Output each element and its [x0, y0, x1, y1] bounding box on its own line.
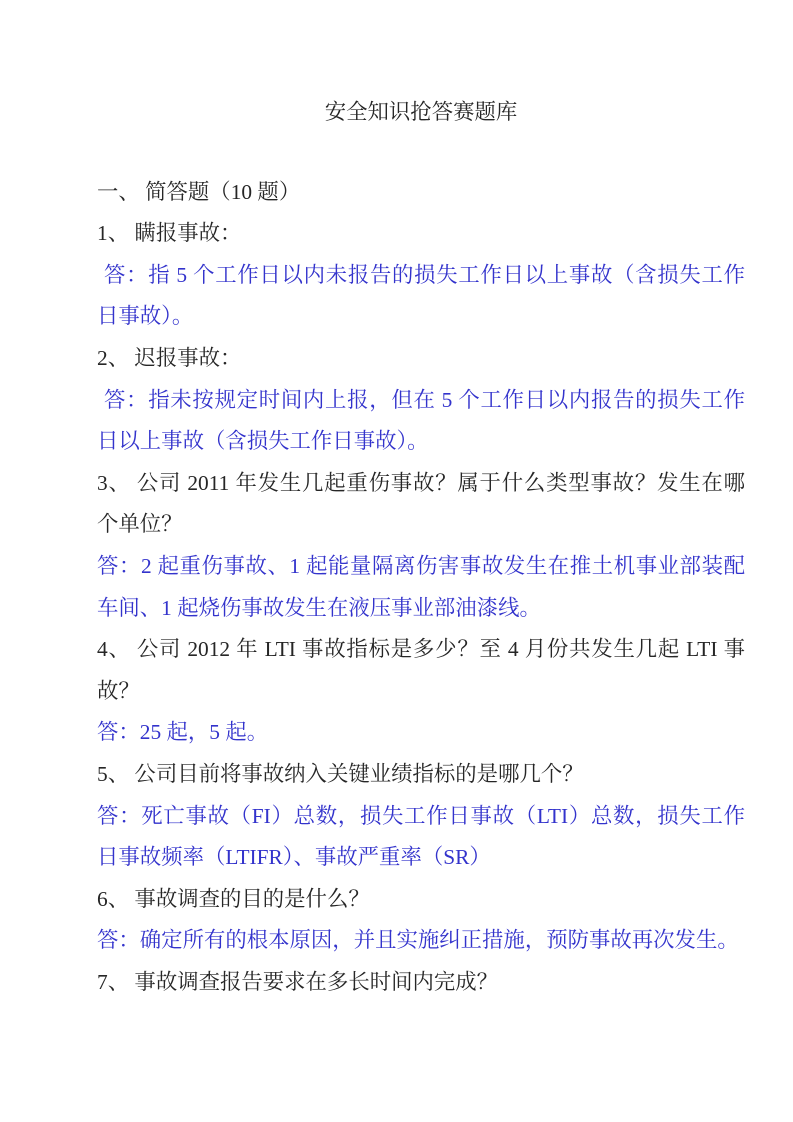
title-spacer [97, 134, 745, 172]
answer-line: 日事故）。 [97, 296, 745, 338]
question-line: 3、 公司 2011 年发生几起重伤事故？属于什么类型事故？发生在哪 [97, 463, 745, 505]
question-line: 5、 公司目前将事故纳入关键业绩指标的是哪几个？ [97, 754, 745, 796]
question-line: 7、 事故调查报告要求在多长时间内完成？ [97, 962, 745, 1004]
document-content: 安全知识抢答赛题库 一、 简答题（10 题） 1、 瞒报事故： 答：指 5 个工… [0, 0, 793, 1003]
answer-line: 答：指 5 个工作日以内未报告的损失工作日以上事故（含损失工作 [97, 255, 745, 297]
answer-line: 答：25 起，5 起。 [97, 712, 745, 754]
question-line: 4、 公司 2012 年 LTI 事故指标是多少？至 4 月份共发生几起 LTI… [97, 629, 745, 671]
document-page: 安全知识抢答赛题库 一、 简答题（10 题） 1、 瞒报事故： 答：指 5 个工… [0, 0, 793, 1122]
answer-line: 答：确定所有的根本原因，并且实施纠正措施，预防事故再次发生。 [97, 920, 745, 962]
answer-line: 日以上事故（含损失工作日事故）。 [97, 421, 745, 463]
document-title: 安全知识抢答赛题库 [97, 92, 745, 134]
answer-line: 答：2 起重伤事故、1 起能量隔离伤害事故发生在推土机事业部装配 [97, 546, 745, 588]
question-line: 2、 迟报事故： [97, 338, 745, 380]
question-line: 个单位？ [97, 504, 745, 546]
question-line: 6、 事故调查的目的是什么？ [97, 879, 745, 921]
answer-line: 日事故频率（LTIFR）、事故严重率（SR） [97, 837, 745, 879]
answer-line: 答：死亡事故（FI）总数，损失工作日事故（LTI）总数，损失工作 [97, 796, 745, 838]
answer-line: 车间、1 起烧伤事故发生在液压事业部油漆线。 [97, 588, 745, 630]
section-heading: 一、 简答题（10 题） [97, 172, 745, 214]
question-line: 故？ [97, 671, 745, 713]
answer-line: 答：指未按规定时间内上报，但在 5 个工作日以内报告的损失工作 [97, 380, 745, 422]
question-line: 1、 瞒报事故： [97, 213, 745, 255]
